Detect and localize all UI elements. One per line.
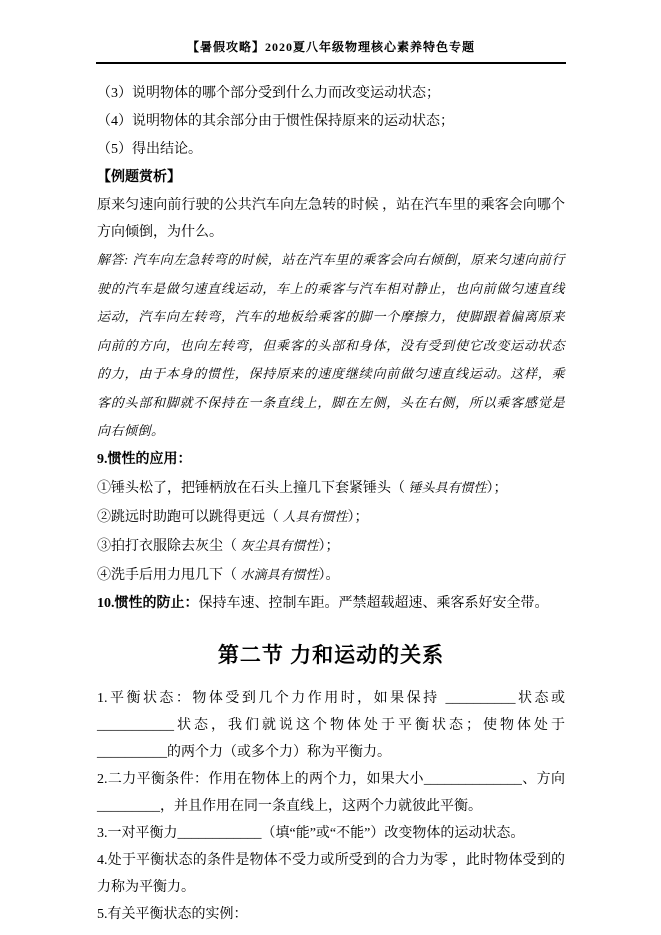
application-text: ）； [487,481,508,496]
inertia-prevention-text: 保持车速、控制车距。严禁超载超速、乘客系好安全带。 [199,596,549,611]
application-text: ）。 [319,568,340,583]
step-item: （3）说明物体的哪个部分受到什么力而改变运动状态； [97,80,565,108]
example-question: 原来匀速向前行驶的公共汽车向左急转的时候 ，站在汽车里的乘客会向哪个方向倾倒，为… [97,192,565,246]
analysis-steps: （3）说明物体的哪个部分受到什么力而改变运动状态； （4）说明物体的其余部分由于… [97,80,565,164]
document-page: 【暑假攻略】2020夏八年级物理核心素养特色专题 （3）说明物体的哪个部分受到什… [0,0,661,935]
application-note: 灰尘具有惯性 [241,538,319,553]
balance-paragraph: 5.有关平衡状态的实例： [97,901,565,928]
content-area: （3）说明物体的哪个部分受到什么力而改变运动状态； （4）说明物体的其余部分由于… [97,80,565,928]
application-note: 锤头具有惯性 [409,480,487,495]
application-text: ）； [348,510,369,525]
header-title: 【暑假攻略】2020夏八年级物理核心素养特色专题 [187,40,475,54]
example-answer: 解答: 汽车向左急转弯的时候，站在汽车里的乘客会向右倾倒，原来匀速向前行驶的汽车… [97,246,565,446]
inertia-applications-heading: 9.惯性的应用： [97,446,565,474]
application-text: ④洗手后用力甩几下（ [97,568,241,583]
application-text: ①锤头松了，把锤柄放在石头上撞几下套紧锤头（ [97,481,409,496]
application-text: ②跳远时助跑可以跳得更远（ [97,510,283,525]
section-heading: 第二节 力和运动的关系 [97,641,565,669]
balance-paragraph: 2.二力平衡条件：作用在物体上的两个力，如果大小______________、方… [97,766,565,820]
example-section-label: 【例题赏析】 [97,164,565,192]
balance-paragraph: 4.处于平衡状态的条件是物体不受力或所受到的合力为零 ，此时物体受到的力称为平衡… [97,847,565,901]
step-item: （5）得出结论。 [97,136,565,164]
step-item: （4）说明物体的其余部分由于惯性保持原来的运动状态； [97,108,565,136]
page-header: 【暑假攻略】2020夏八年级物理核心素养特色专题 [96,38,566,64]
application-item: ③拍打衣服除去灰尘（ 灰尘具有惯性）； [97,532,565,561]
application-note: 人具有惯性 [283,509,348,524]
inertia-applications-list: ①锤头松了，把锤柄放在石头上撞几下套紧锤头（ 锤头具有惯性）； ②跳远时助跑可以… [97,474,565,590]
application-text: ）； [319,539,340,554]
balance-paragraph: 3.一对平衡力____________（填“能”或“不能”）改变物体的运动状态。 [97,820,565,847]
balance-paragraph: 1.平衡状态：物体受到几个力作用时，如果保持 __________状态或____… [97,685,565,766]
inertia-prevention: 10.惯性的防止：保持车速、控制车距。严禁超载超速、乘客系好安全带。 [97,590,565,617]
application-item: ④洗手后用力甩几下（ 水滴具有惯性）。 [97,561,565,590]
application-note: 水滴具有惯性 [241,567,319,582]
inertia-prevention-label: 10.惯性的防止： [97,596,199,611]
application-item: ①锤头松了，把锤柄放在石头上撞几下套紧锤头（ 锤头具有惯性）； [97,474,565,503]
application-item: ②跳远时助跑可以跳得更远（ 人具有惯性）； [97,503,565,532]
application-text: ③拍打衣服除去灰尘（ [97,539,241,554]
